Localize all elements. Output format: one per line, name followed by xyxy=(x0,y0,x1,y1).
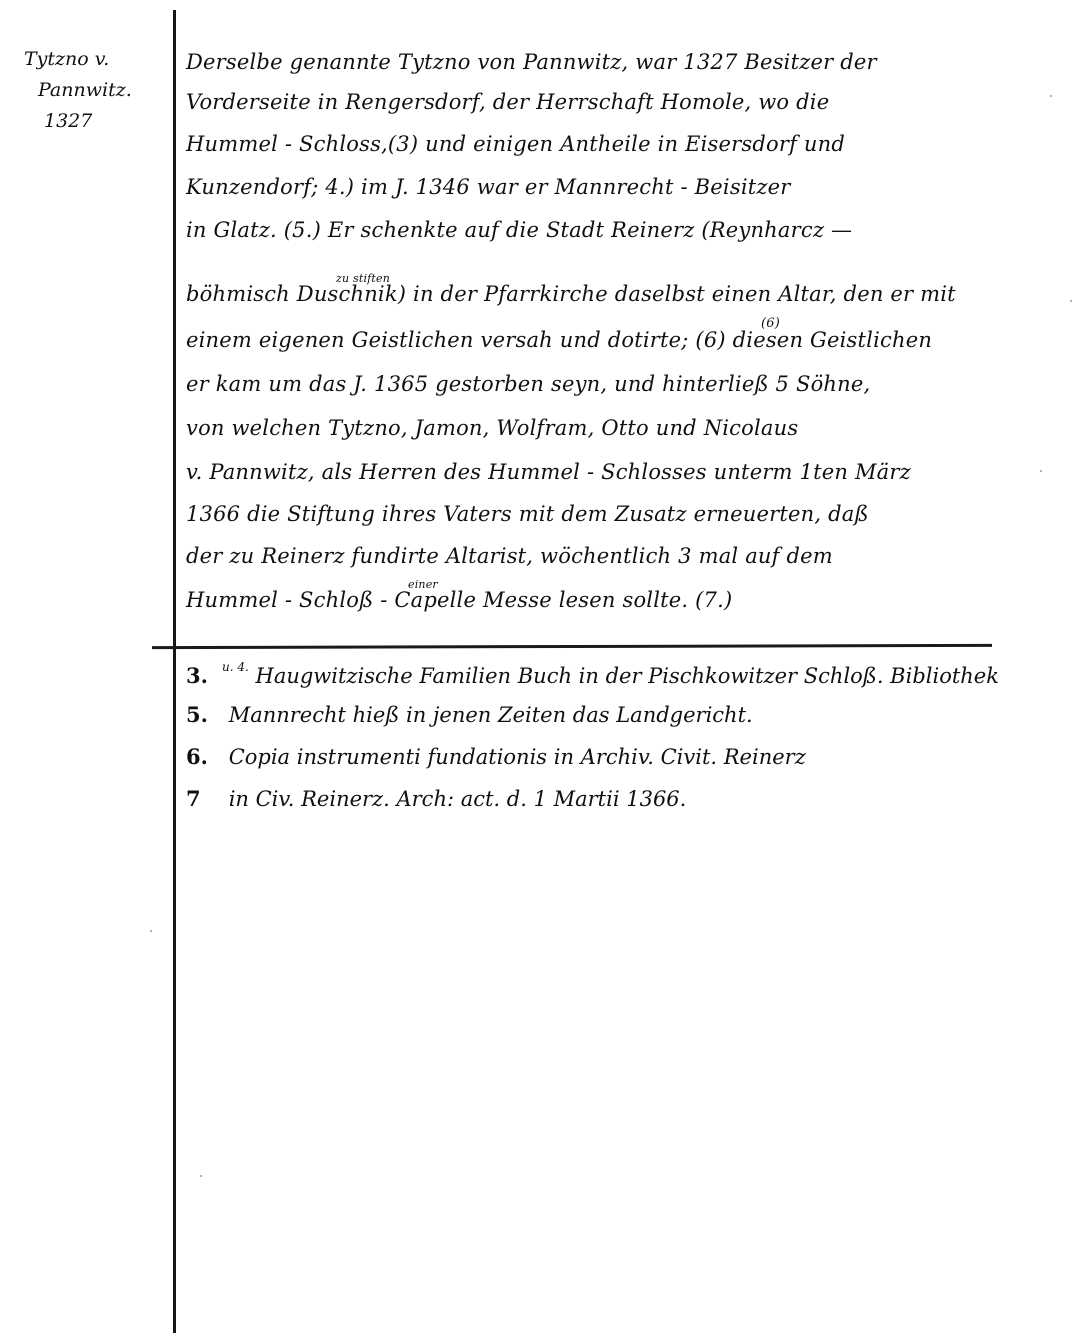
footnote-sup: u. 4. xyxy=(222,660,249,674)
footnote-6: 6. Copia instrumenti fundationis in Arch… xyxy=(186,744,806,769)
margin-note-line: 1327 xyxy=(24,106,164,137)
footnote-7: 7 in Civ. Reinerz. Arch: act. d. 1 Marti… xyxy=(186,786,686,811)
text-line: Hummel - Schloß - Capelle Messe lesen so… xyxy=(186,588,732,612)
text-line: Hummel - Schloss,(3) und einigen Antheil… xyxy=(186,132,845,156)
scan-speck xyxy=(200,1175,202,1177)
footnote-text: Haugwitzische Familien Buch in der Pisch… xyxy=(256,664,999,688)
footnote-text: in Civ. Reinerz. Arch: act. d. 1 Martii … xyxy=(229,787,687,811)
text-line: er kam um das J. 1365 gestorben seyn, un… xyxy=(186,372,870,396)
footnote-3-4: 3.u. 4. Haugwitzische Familien Buch in d… xyxy=(186,660,999,688)
footnote-number: 3. xyxy=(186,663,222,688)
text-line: Derselbe genannte Tytzno von Pannwitz, w… xyxy=(186,50,877,74)
text-line: Kunzendorf; 4.) im J. 1346 war er Mannre… xyxy=(186,175,791,199)
text-line: in Glatz. (5.) Er schenkte auf die Stadt… xyxy=(186,218,852,242)
footnote-number: 6. xyxy=(186,744,222,769)
scan-speck xyxy=(150,930,152,932)
text-line: einem eigenen Geistlichen versah und dot… xyxy=(186,328,932,352)
margin-vertical-rule xyxy=(173,10,176,1333)
scan-speck xyxy=(1050,95,1052,97)
text-line: Vorderseite in Rengersdorf, der Herrscha… xyxy=(186,90,829,114)
text-line: böhmisch Duschnik) in der Pfarrkirche da… xyxy=(186,282,956,306)
text-line: v. Pannwitz, als Herren des Hummel - Sch… xyxy=(186,460,911,484)
text-line: der zu Reinerz fundirte Altarist, wöchen… xyxy=(186,544,833,568)
text-line: von welchen Tytzno, Jamon, Wolfram, Otto… xyxy=(186,416,798,440)
text-line: 1366 die Stiftung ihres Vaters mit dem Z… xyxy=(186,502,869,526)
margin-note-line: Tytzno v. xyxy=(24,44,164,75)
margin-note: Tytzno v. Pannwitz. 1327 xyxy=(24,44,164,137)
scan-speck xyxy=(1070,300,1072,302)
footnote-number: 7 xyxy=(186,786,222,811)
footnote-5: 5. Mannrecht hieß in jenen Zeiten das La… xyxy=(186,702,753,727)
footnote-number: 5. xyxy=(186,702,222,727)
margin-note-line: Pannwitz. xyxy=(24,75,164,106)
footnote-text: Copia instrumenti fundationis in Archiv.… xyxy=(229,745,806,769)
footnote-separator-rule xyxy=(152,644,992,649)
footnote-text: Mannrecht hieß in jenen Zeiten das Landg… xyxy=(229,703,753,727)
scan-speck xyxy=(1040,470,1042,472)
